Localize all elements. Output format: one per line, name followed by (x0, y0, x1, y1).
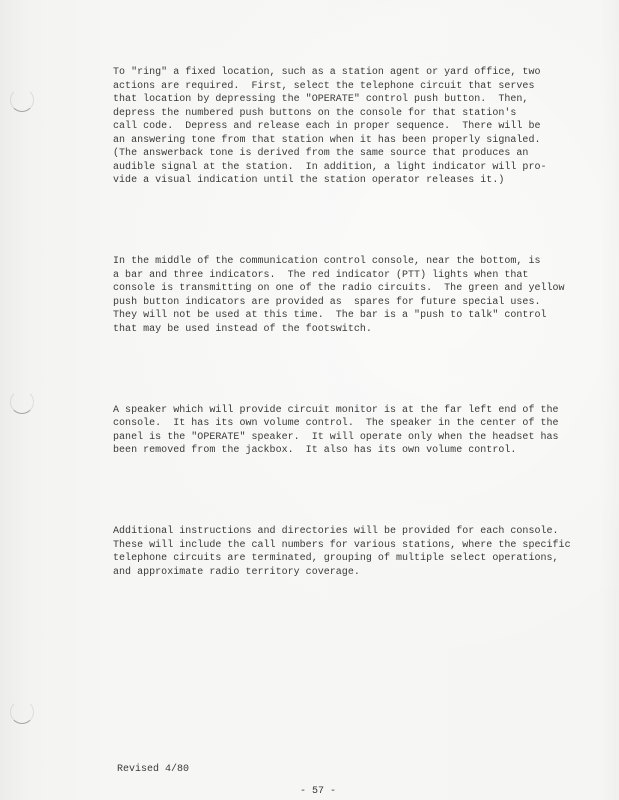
text-line: that may be used instead of the footswit… (113, 323, 573, 337)
paragraph-indicators: In the middle of the communication contr… (113, 228, 573, 363)
text-line: push button indicators are provided as s… (113, 296, 573, 310)
text-line: They will not be used at this time. The … (113, 309, 573, 323)
text-line: In the middle of the communication contr… (113, 255, 573, 269)
text-line: console. It has its own volume control. … (113, 417, 573, 431)
paragraph-additional-instructions: Additional instructions and directories … (113, 498, 573, 606)
text-line: vide a visual indication until the stati… (113, 174, 573, 188)
text-line: telephone circuits are terminated, group… (113, 552, 573, 566)
text-line: Additional instructions and directories … (113, 525, 573, 539)
text-line: audible signal at the station. In additi… (113, 161, 573, 175)
text-line: console is transmitting on one of the ra… (113, 282, 573, 296)
punch-hole-mark (10, 88, 34, 112)
body-text: To "ring" a fixed location, such as a st… (113, 39, 573, 620)
text-line: a bar and three indicators. The red indi… (113, 269, 573, 283)
punch-hole-mark (10, 700, 34, 724)
text-line: depress the numbered push buttons on the… (113, 107, 573, 121)
paragraph-ringing-procedure: To "ring" a fixed location, such as a st… (113, 39, 573, 215)
document-page: To "ring" a fixed location, such as a st… (0, 0, 619, 800)
text-line: (The answerback tone is derived from the… (113, 147, 573, 161)
page-number: - 57 - (300, 785, 336, 798)
text-line: These will include the call numbers for … (113, 539, 573, 553)
text-line: To "ring" a fixed location, such as a st… (113, 66, 573, 80)
paragraph-speakers: A speaker which will provide circuit mon… (113, 377, 573, 485)
text-line: call code. Depress and release each in p… (113, 120, 573, 134)
text-line: that location by depressing the "OPERATE… (113, 93, 573, 107)
text-line: an answering tone from that station when… (113, 134, 573, 148)
punch-hole-mark (10, 390, 34, 414)
text-line: A speaker which will provide circuit mon… (113, 404, 573, 418)
text-line: panel is the "OPERATE" speaker. It will … (113, 431, 573, 445)
text-line: and approximate radio territory coverage… (113, 566, 573, 580)
text-line: been removed from the jackbox. It also h… (113, 444, 573, 458)
text-line: actions are required. First, select the … (113, 80, 573, 94)
revision-note: Revised 4/80 (117, 763, 189, 776)
